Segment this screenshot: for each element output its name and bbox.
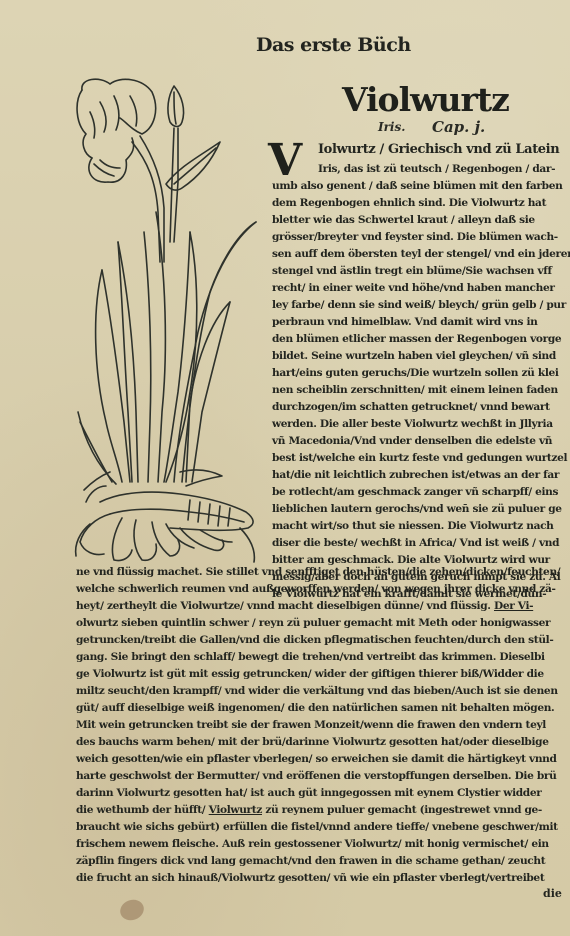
text-line: hat/die nit leichtlich zubrechen ist/etw… — [272, 467, 559, 484]
text-line: diser die beste/ wechßt in Africa/ Vnd i… — [272, 535, 559, 552]
text-line: die frucht an sich hinauß/Violwurtz geso… — [76, 870, 544, 887]
text-line: perbraun vnd himelblaw. Vnd damit wird v… — [272, 314, 537, 331]
text-line: den blümen etlicher massen der Regenboge… — [272, 331, 561, 348]
iris-rhizome-root-icon — [76, 486, 255, 562]
text-line: olwurtz sieben quintlin schwer / reyn zü… — [76, 615, 550, 632]
text-line: durchzogen/im schatten getrucknet/ vnnd … — [272, 399, 550, 416]
herbal-page: Das erste Büch Violwurtz Iris. Cap. j. — [0, 0, 570, 936]
text-line: grösser/breyter vnd feyster sind. Die bl… — [272, 229, 558, 246]
text-line: gang. Sie bringt den schlaff/ bewegt die… — [76, 649, 545, 666]
text-line: weich gesotten/wie ein pflaster vberlege… — [76, 751, 557, 768]
text-line: heyt/ zertheylt die Violwurtze/ vnnd mac… — [76, 598, 533, 615]
text-line: recht/ in einer weite vnd höhe/vnd haben… — [272, 280, 555, 297]
text-line: des bauchs warm behen/ mit der brü/darin… — [76, 734, 549, 751]
text-line: miltz seucht/den krampff/ vnd wider die … — [76, 683, 558, 700]
paper-stain — [117, 896, 146, 923]
underlined-text: Der Vi- — [494, 600, 533, 612]
text-line: zäpflin fingers dick vnd lang gemacht/vn… — [76, 853, 545, 870]
text-line: Iolwurtz / Griechisch vnd zü Latein — [318, 141, 559, 158]
text-line: bletter wie das Schwertel kraut / alleyn… — [272, 212, 535, 229]
underlined-text: Violwurtz — [209, 804, 262, 816]
iris-flower-icon — [77, 79, 156, 182]
text-line: hart/eins guten geruchs/Die wurtzeln sol… — [272, 365, 559, 382]
subtitle-latin-name: Iris. — [378, 120, 405, 134]
text-line: vñ Macedonia/Vnd vnder denselben die ede… — [272, 433, 552, 450]
text-line: die wethumb der hüfft/ Violwurtz zü reyn… — [76, 802, 542, 819]
text-line: nen scheiblin zerschnitten/ mit einem le… — [272, 382, 558, 399]
iris-bud-icon — [168, 86, 184, 242]
text-span: die wethumb der hüfft/ — [76, 804, 209, 816]
text-line: best ist/welche ein kurtz feste vnd gedu… — [272, 450, 567, 467]
chapter-title: Violwurtz — [342, 80, 509, 119]
drop-cap-initial: V — [268, 139, 318, 183]
text-span: heyt/ zertheylt die Violwurtze/ vnnd mac… — [76, 600, 494, 612]
text-line: lieblichen lautern gerochs/vnd wen̄ sie … — [272, 501, 562, 518]
text-line: werden. Die aller beste Violwurtz wechßt… — [272, 416, 553, 433]
text-line: ley farbe/ denn sie sind weiß/ bleych/ g… — [272, 297, 566, 314]
text-line: sen auff dem öbersten teyl der stengel/ … — [272, 246, 570, 263]
text-line: frischem newem fleische. Auß rein gestos… — [76, 836, 549, 853]
subtitle-chapter-number: Cap. j. — [432, 118, 485, 136]
text-line: be rotlecht/am geschmack zanger vñ schar… — [272, 484, 558, 501]
catchword: die — [543, 887, 562, 900]
text-line: macht wirt/so thut sie niessen. Die Viol… — [272, 518, 554, 535]
text-span: zü reynem puluer gemacht (ingestrewet vn… — [262, 804, 542, 816]
running-head: Das erste Büch — [256, 34, 411, 56]
text-line: getruncken/treibt die Gallen/vnd die dic… — [76, 632, 553, 649]
text-line: braucht wie sichs gebürt) erfüllen die f… — [76, 819, 558, 836]
text-line: Mit wein getruncken treibt sie der frawe… — [76, 717, 546, 734]
text-line: stengel vnd ästlin tregt ein blüme/Sie w… — [272, 263, 552, 280]
text-line: ne vnd flüssig machet. Sie stillet vnd s… — [76, 564, 560, 581]
text-line: dem Regenbogen ehnlich sind. Die Violwur… — [272, 195, 546, 212]
iris-woodcut-illustration — [70, 72, 275, 564]
text-line: umb also genent / daß seine blümen mit d… — [272, 178, 562, 195]
text-line: welche schwerlich reumen vnd außgeworffe… — [76, 581, 556, 598]
text-line: bildet. Seine wurtzeln haben viel gleych… — [272, 348, 556, 365]
text-line: Iris, das ist zü teutsch / Regenbogen / … — [318, 161, 555, 178]
text-line: darinn Violwurtz gesotten hat/ ist auch … — [76, 785, 542, 802]
text-line: güt/ auff dieselbige weiß ingenomen/ die… — [76, 700, 554, 717]
text-line: harte geschwolst der Bermutter/ vnd eröf… — [76, 768, 556, 785]
text-line: ge Violwurtz ist güt mit essig getruncke… — [76, 666, 544, 683]
